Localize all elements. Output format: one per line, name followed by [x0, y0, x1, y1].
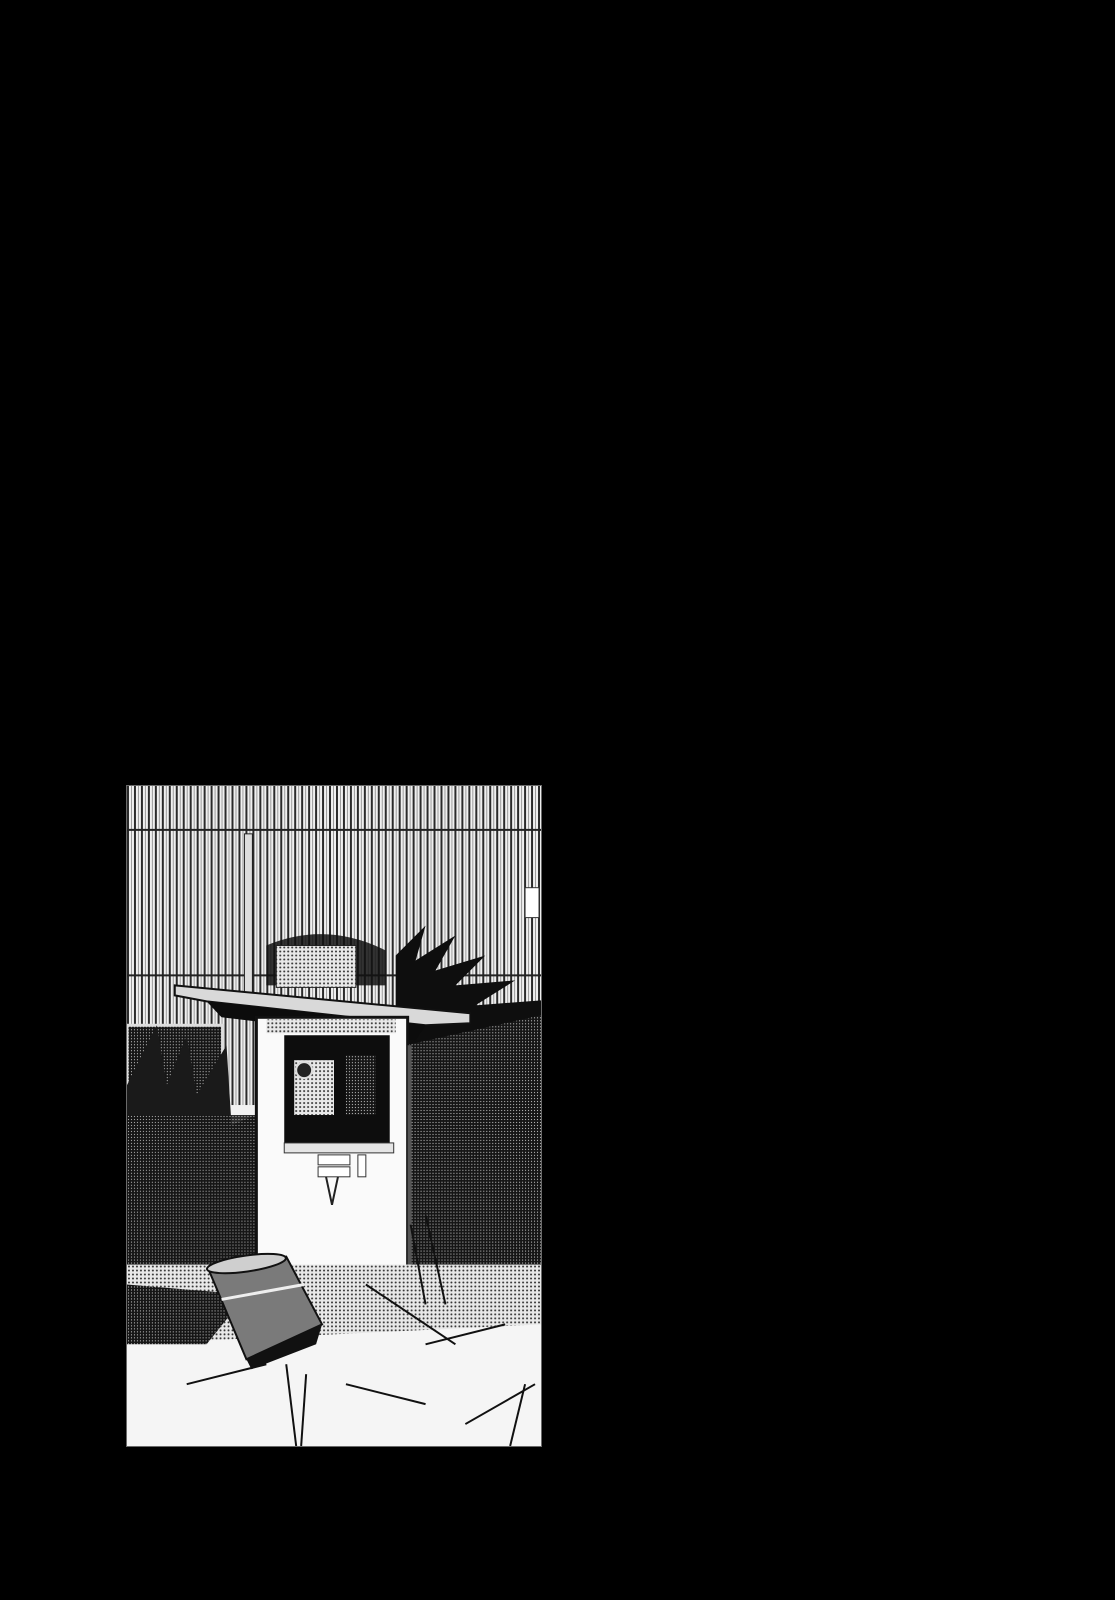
ground: [127, 1265, 541, 1446]
panel-illustration: [127, 786, 541, 1446]
illustration-panel: [126, 785, 542, 1447]
manga-page: [0, 0, 1115, 1600]
